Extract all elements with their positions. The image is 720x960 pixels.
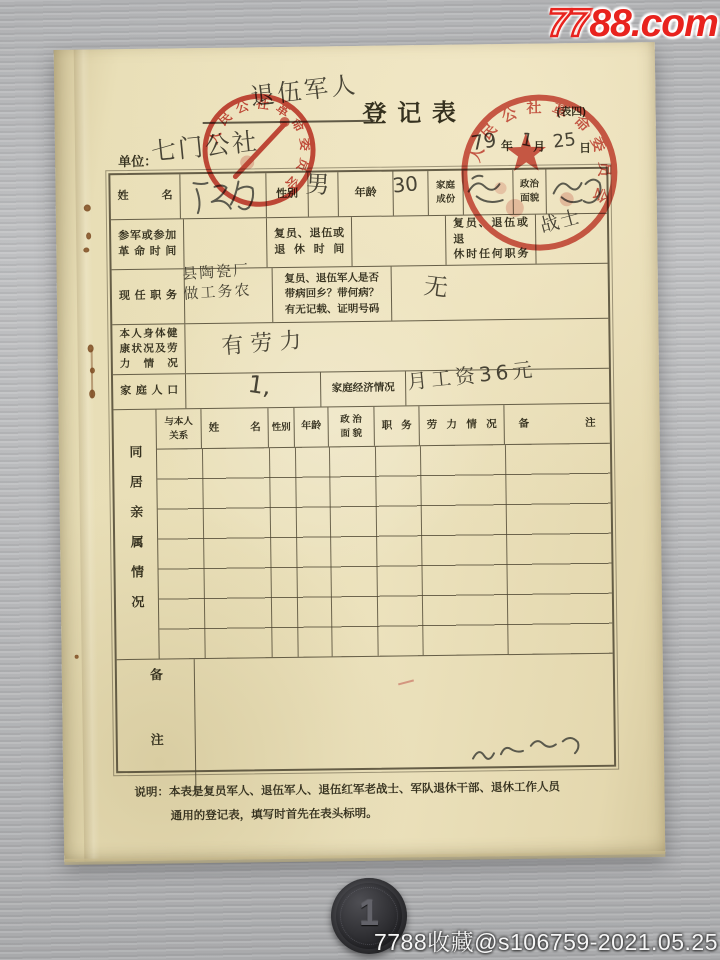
relatives-header-gender: 性别 <box>272 421 291 435</box>
relatives-empty-rows <box>157 444 613 659</box>
watermark-logo-77: 77 <box>548 2 589 45</box>
field-name-label: 姓名 <box>111 188 180 205</box>
field-demob-time-label: 复员、退伍或 退休时间 <box>267 226 351 259</box>
watermark-logo: 7788.com <box>548 2 718 46</box>
field-current-duty-label: 现任职务 <box>112 288 184 305</box>
note-line2: 通用的登记表，填写时首先在表头标明。 <box>135 807 378 822</box>
remarks-label: 备注 <box>146 660 167 798</box>
row-relatives: 同居亲属情况 与本人 关系 姓名 性别 年龄 政 治 面 貌 职务 劳力情况 备… <box>113 404 612 660</box>
photo-background: 登 记 表 (表四) 退伍军人 单位： 七门公社 年 月 日 79 1 25 姓… <box>0 0 720 960</box>
form-title: 登 记 表 <box>362 93 458 129</box>
field-health-label: 本人身体健 康状况及劳 力情况 <box>112 326 185 373</box>
population-handwritten: 1, <box>246 368 273 403</box>
relatives-header-name: 姓名 <box>202 420 268 436</box>
relatives-header-political: 政 治 面 貌 <box>340 413 362 441</box>
field-illness-label: 复员、退伍军人是否 带病回乡？带何病？ 有无记载、证明号码 <box>279 271 384 318</box>
field-family-status-label: 家庭 成份 <box>436 179 455 207</box>
paper-fold-crease <box>74 49 101 861</box>
field-economy-label: 家庭经济情况 <box>332 381 395 397</box>
relatives-header-remarks: 备注 <box>505 416 610 433</box>
note-line1: 本表是复员军人、退伍军人、退伍红军老战士、军队退休干部、退休工作人员 <box>169 781 560 798</box>
binding-hole <box>84 204 91 211</box>
registration-form-table: 姓名 性别 年龄 家庭 成份 政治 面貌 参军或参加 革命时间 复员、退伍或 退… <box>108 167 616 773</box>
illness-handwritten: 无 <box>422 270 450 305</box>
red-stamp-left: 人民公社革命委员会 <box>196 87 322 213</box>
relatives-header-duty: 职务 <box>375 418 419 434</box>
relatives-header-row: 与本人 关系 姓名 性别 年龄 政 治 面 貌 职务 劳力情况 备注 <box>156 404 609 450</box>
stamp-emblem-slash <box>235 124 286 177</box>
relatives-header-relation: 与本人 关系 <box>164 415 193 443</box>
remarks-signature-scribble <box>467 733 595 769</box>
red-stamp-right: 人民公社革命委员会 <box>453 87 625 259</box>
age-handwritten: 30 <box>391 170 419 199</box>
field-demob-time-value <box>352 216 447 266</box>
binding-hole <box>86 232 91 239</box>
watermark-logo-88com: 88.com <box>589 2 717 45</box>
registration-form-paper: 登 记 表 (表四) 退伍军人 单位： 七门公社 年 月 日 79 1 25 姓… <box>54 42 666 862</box>
relatives-header-age: 年龄 <box>301 420 321 435</box>
field-population-label: 家庭人口 <box>113 383 185 400</box>
binding-hole <box>83 248 89 253</box>
relatives-section-label: 同居亲属情况 <box>125 444 146 624</box>
watermark-credit: 7788收藏@s106759-2021.05.25 <box>374 924 718 957</box>
field-age-label: 年龄 <box>355 186 377 202</box>
binding-hole <box>75 655 79 659</box>
relatives-header-labor: 劳力情况 <box>420 417 504 433</box>
note-label: 说明： <box>134 787 169 799</box>
relatives-table: 与本人 关系 姓名 性别 年龄 政 治 面 貌 职务 劳力情况 备注 <box>156 404 612 659</box>
field-join-time-label: 参军或参加 革命时间 <box>111 228 183 261</box>
current-duty-handwritten: 县陶瓷厂 做工务农 <box>182 260 253 305</box>
star-icon <box>506 133 546 172</box>
